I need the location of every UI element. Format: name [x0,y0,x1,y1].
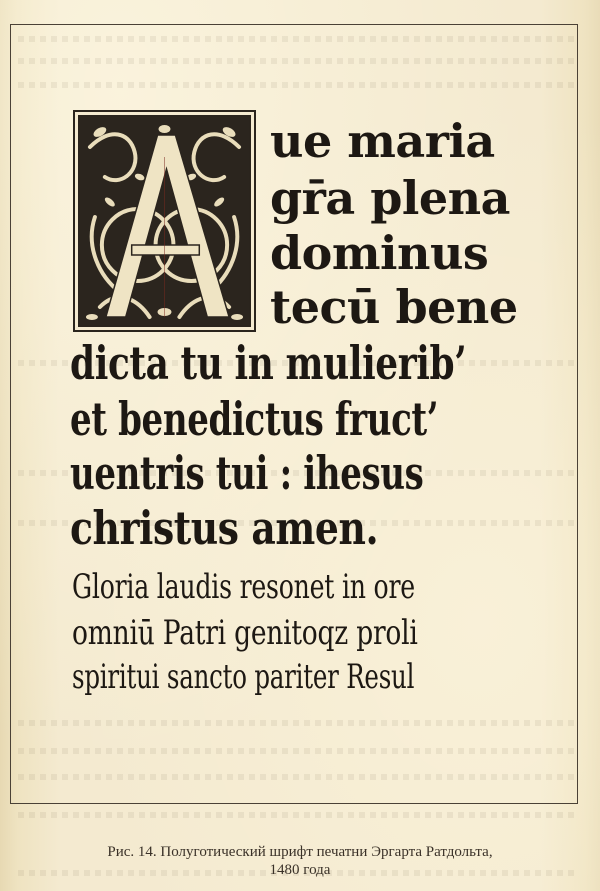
text-line-5: dicta tu in mulierib’ [70,340,466,386]
text-line-2: gr̄a plena [270,175,510,221]
text-line-1: ue maria [270,118,495,164]
drop-cap [73,110,256,332]
text-line-6: et benedictus fruct’ [70,396,438,442]
bleed-through [18,812,576,818]
text-line-9: Gloria laudis resonet in ore [72,570,415,604]
text-line-8: christus amen. [70,505,378,551]
text-line-3: dominus [270,230,488,276]
drop-cap-ornament [78,115,251,327]
text-line-10: omniū Patri genitoqz proli [72,616,418,650]
figure-caption-line-2: 1480 года [0,861,600,879]
figure-caption-line-1: Рис. 14. Полуготический шрифт печатни Эр… [0,843,600,861]
text-line-4: tecū bene [270,284,518,330]
text-line-7: uentris tui : ihesus [70,450,423,496]
text-line-11: spiritui sancto pariter Resul [72,660,414,694]
ornamental-letter-a-icon [80,117,249,325]
